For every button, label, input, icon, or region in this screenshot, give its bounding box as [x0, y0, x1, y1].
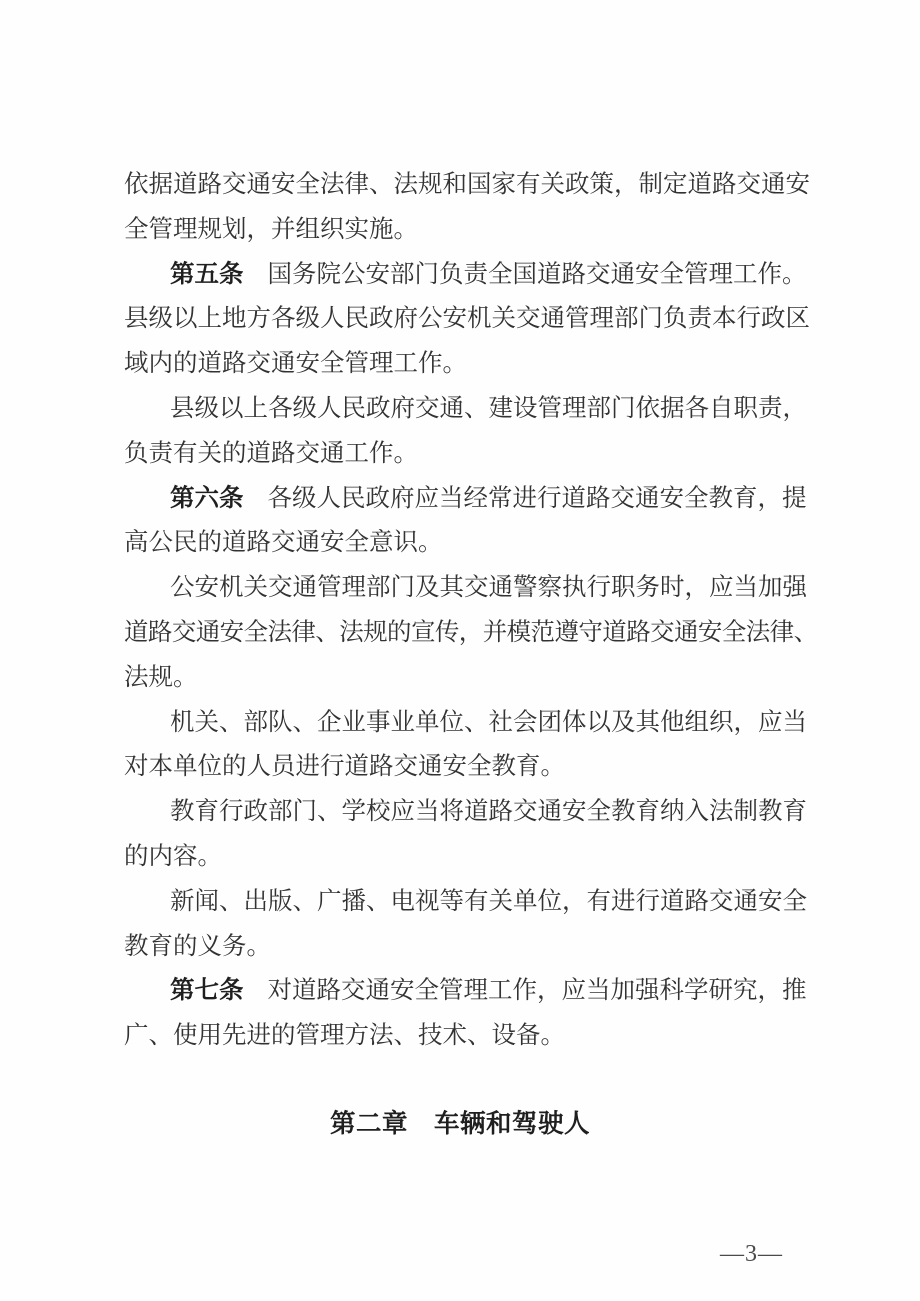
- article-number-gap: [244, 505, 268, 506]
- text-line: 县级以上各级人民政府交通、建设管理部门依据各自职责，: [124, 387, 816, 432]
- document-body-text: 依据道路交通安全法律、法规和国家有关政策，制定道路交通安全管理规划，并组织实施。…: [124, 163, 816, 1059]
- paragraph-indent: [124, 908, 170, 909]
- text-line: 广、使用先进的管理方法、技术、设备。: [124, 1014, 816, 1059]
- paragraph-indent: [124, 281, 170, 282]
- paragraph-indent: [124, 415, 170, 416]
- scanned-document-page: 依据道路交通安全法律、法规和国家有关政策，制定道路交通安全管理规划，并组织实施。…: [0, 0, 920, 1301]
- chapter-heading: 第二章 车辆和驾驶人: [0, 1106, 920, 1142]
- text-line: 全管理规划，并组织实施。: [124, 208, 816, 253]
- text-line: 的内容。: [124, 835, 816, 880]
- paragraph-indent: [124, 818, 170, 819]
- article-number: 第六条: [170, 485, 244, 512]
- text-line: 第六条各级人民政府应当经常进行道路交通安全教育，提: [124, 477, 816, 522]
- paragraph-indent: [124, 594, 170, 595]
- article-number: 第七条: [170, 977, 244, 1004]
- page-number: —3—: [720, 1240, 783, 1268]
- text-line: 高公民的道路交通安全意识。: [124, 521, 816, 566]
- text-line: 依据道路交通安全法律、法规和国家有关政策，制定道路交通安: [124, 163, 816, 208]
- text-line: 域内的道路交通安全管理工作。: [124, 342, 816, 387]
- text-line: 机关、部队、企业事业单位、社会团体以及其他组织，应当: [124, 701, 816, 746]
- text-line: 教育的义务。: [124, 925, 816, 970]
- article-number-gap: [244, 997, 268, 998]
- article-number-gap: [244, 281, 268, 282]
- text-line: 县级以上地方各级人民政府公安机关交通管理部门负责本行政区: [124, 297, 816, 342]
- text-line: 道路交通安全法律、法规的宣传，并模范遵守道路交通安全法律、: [124, 611, 816, 656]
- text-line: 第五条国务院公安部门负责全国道路交通安全管理工作。: [124, 253, 816, 298]
- paragraph-indent: [124, 997, 170, 998]
- text-line: 第七条对道路交通安全管理工作，应当加强科学研究，推: [124, 969, 816, 1014]
- text-line: 公安机关交通管理部门及其交通警察执行职务时，应当加强: [124, 566, 816, 611]
- text-line: 法规。: [124, 656, 816, 701]
- text-line: 教育行政部门、学校应当将道路交通安全教育纳入法制教育: [124, 790, 816, 835]
- paragraph-indent: [124, 505, 170, 506]
- text-line: 负责有关的道路交通工作。: [124, 432, 816, 477]
- text-line: 新闻、出版、广播、电视等有关单位，有进行道路交通安全: [124, 880, 816, 925]
- text-line: 对本单位的人员进行道路交通安全教育。: [124, 745, 816, 790]
- article-number: 第五条: [170, 261, 244, 288]
- paragraph-indent: [124, 729, 170, 730]
